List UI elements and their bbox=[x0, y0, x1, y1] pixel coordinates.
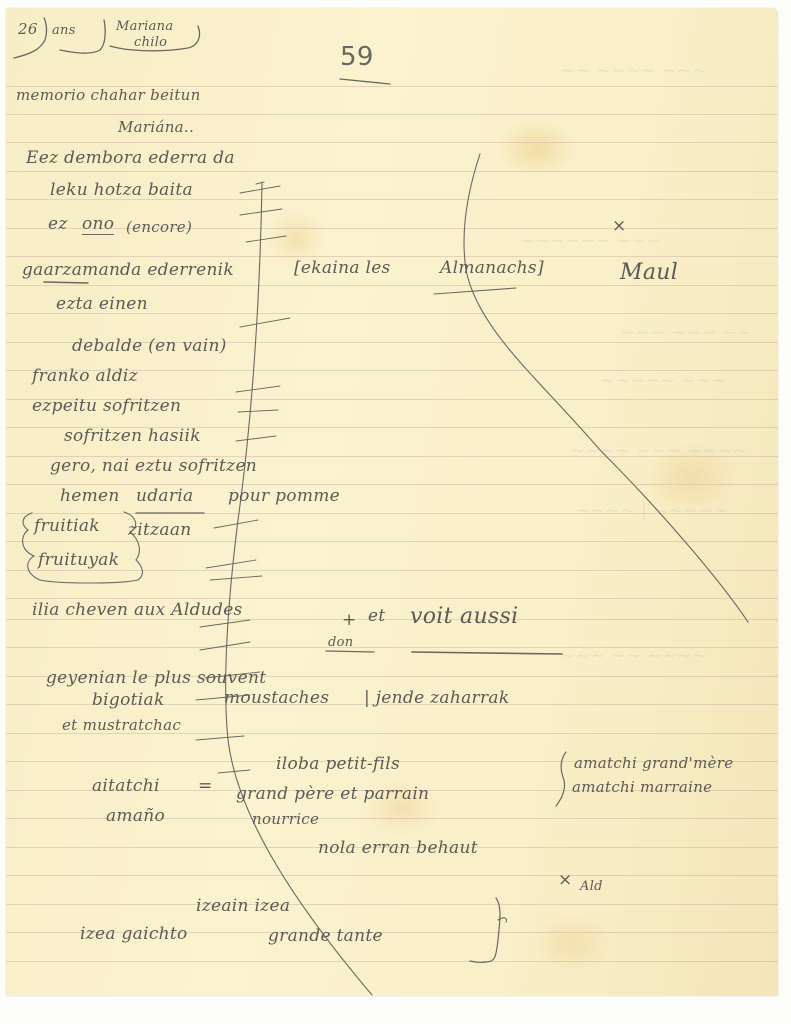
cross-mark: × bbox=[558, 872, 573, 889]
text-word: (encore) bbox=[126, 220, 192, 235]
ruled-line bbox=[6, 484, 778, 485]
text-word: Almanachs] bbox=[440, 260, 544, 277]
bleed-through-mark: ~~~ ~~~ ~~ bbox=[620, 322, 752, 343]
plus-mark: + bbox=[342, 612, 357, 629]
text-word: nourrice bbox=[252, 812, 319, 827]
bleed-through-mark: ~~~~~ ~~~ bbox=[600, 370, 726, 391]
text-line: ezpeitu sofritzen bbox=[32, 398, 181, 415]
text-word: udaria bbox=[136, 488, 193, 505]
header-age-unit: ans bbox=[52, 24, 76, 37]
ruled-line bbox=[6, 598, 778, 599]
header-age: 26 bbox=[18, 22, 38, 37]
text-line: debalde (en vain) bbox=[72, 338, 227, 355]
text-word: moustaches bbox=[224, 690, 329, 707]
text-word: hemen bbox=[60, 488, 120, 505]
text-word: et bbox=[368, 608, 386, 625]
ruled-line bbox=[6, 961, 778, 962]
text-word: ez bbox=[48, 216, 68, 233]
text-word: izea gaichto bbox=[80, 926, 188, 943]
ruled-line bbox=[6, 570, 778, 571]
text-line: amatchi grand'mère bbox=[574, 756, 733, 771]
text-line: fruituyak bbox=[38, 552, 119, 569]
text-word-scribble: don bbox=[328, 636, 353, 649]
text-line: amatchi marraine bbox=[572, 780, 712, 795]
text-line: et mustratchac bbox=[62, 718, 181, 733]
ruled-line bbox=[6, 171, 778, 172]
ruled-line bbox=[6, 142, 778, 143]
text-line: nola erran behaut bbox=[318, 840, 478, 857]
text-word: [ekaina les bbox=[294, 260, 391, 277]
text-line: ilia cheven aux Aldudes bbox=[32, 602, 243, 619]
text-word: da ederrenik bbox=[120, 262, 234, 279]
text-line: iloba petit-fils bbox=[276, 756, 400, 773]
text-line: izeain izea bbox=[196, 898, 290, 915]
ruled-line bbox=[6, 228, 778, 229]
page-number: 59 bbox=[340, 44, 374, 70]
bleed-through-mark: ~~ ~~~~ ~~~ bbox=[560, 60, 707, 81]
text-line: gero, nai eztu sofritzen bbox=[50, 458, 257, 475]
ruled-line bbox=[6, 114, 778, 115]
text-line: sofritzen hasiik bbox=[64, 428, 201, 445]
text-line: Mariána.. bbox=[118, 120, 194, 135]
text-line: geyenian le plus souvent bbox=[46, 670, 266, 687]
text-word: grande tante bbox=[268, 928, 383, 945]
text-word: zitzaan bbox=[128, 522, 192, 539]
text-line: franko aldiz bbox=[32, 368, 138, 385]
text-word-underlined: ono bbox=[82, 216, 114, 235]
ruled-line bbox=[6, 875, 778, 876]
text-word: bigotiak bbox=[92, 692, 165, 709]
text-word: Ald bbox=[580, 880, 603, 893]
ruled-line bbox=[6, 904, 778, 905]
ruled-line bbox=[6, 541, 778, 542]
bleed-through-mark: ~~~ ~~ ~~~~ bbox=[560, 645, 707, 666]
text-line: leku hotza baita bbox=[50, 182, 193, 199]
cross-mark: × bbox=[612, 218, 627, 235]
bleed-through-mark: ~~~~ | ~~~~~ bbox=[575, 500, 728, 521]
text-word: | jende zaharrak bbox=[364, 690, 509, 707]
text-word: pour pomme bbox=[228, 488, 340, 505]
text-word: voit aussi bbox=[410, 606, 518, 628]
text-line: ezta einen bbox=[56, 296, 148, 313]
text-word: gaarzaman bbox=[22, 262, 120, 279]
text-word: fruitiak bbox=[34, 518, 100, 535]
text-word: amaño bbox=[106, 808, 165, 825]
header-name-line1: Mariana bbox=[116, 20, 173, 33]
text-line: grand père et parrain bbox=[236, 786, 429, 803]
ruled-line bbox=[6, 285, 778, 286]
text-line: Eez dembora ederra da bbox=[26, 150, 235, 167]
ruled-line bbox=[6, 256, 778, 257]
bleed-through-mark: ~~~~ ~~~ ~~~~ bbox=[570, 440, 747, 461]
header-name-line2: chilo bbox=[134, 36, 167, 49]
text-word: Maul bbox=[620, 262, 678, 284]
equals-sign: = bbox=[198, 778, 213, 795]
text-word: aitatchi bbox=[92, 778, 160, 795]
text-line: memorio chahar beitun bbox=[16, 88, 201, 103]
bleed-through-mark: ~~~~~~ ~~~ bbox=[520, 230, 661, 251]
